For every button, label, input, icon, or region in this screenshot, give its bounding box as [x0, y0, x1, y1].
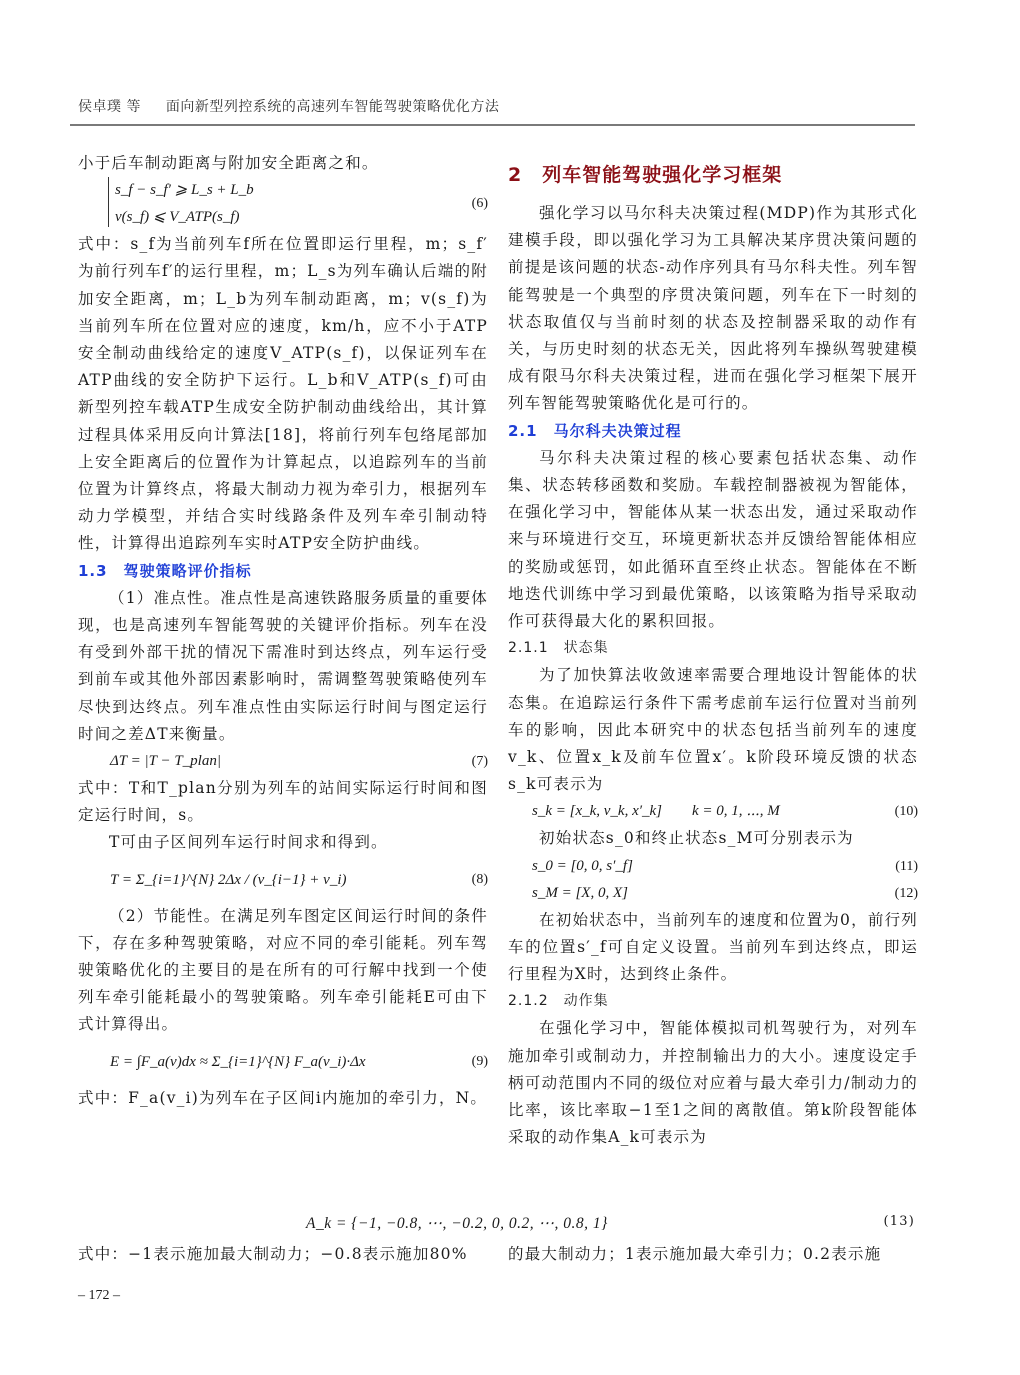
equation-6: s_f − s_f′ ⩾ L_s + L_b v(s_f) ⩽ V_ATP(s_… — [78, 177, 488, 231]
paragraph: （1）准点性。准点性是高速铁路服务质量的重要体现，也是高速列车智能驾驶的关键评价… — [78, 585, 488, 748]
paragraph: T可由子区间列车运行时间求和得到。 — [78, 829, 488, 856]
equation-7: ΔT = |T − T_plan| (7) — [78, 748, 488, 775]
equation-body: T = Σ_{i=1}^{N} 2Δx / (v_{i−1} + v_i) — [78, 872, 346, 888]
subsection-heading-1-3: 1.3 驾驶策略评价指标 — [78, 558, 488, 585]
equation-number: (11) — [895, 853, 918, 880]
equation-8: T = Σ_{i=1}^{N} 2Δx / (v_{i−1} + v_i) (8… — [78, 857, 488, 903]
subsection-heading-2-1: 2.1 马尔科夫决策过程 — [508, 418, 918, 445]
paragraph: 在强化学习中，智能体模拟司机驾驶行为，对列车施加牵引或制动力，并控制输出力的大小… — [508, 1015, 918, 1151]
equation-body: ΔT = |T − T_plan| — [78, 753, 221, 769]
equation-12: s_M = [X, 0, X] (12) — [508, 880, 918, 907]
right-column: 2 列车智能驾驶强化学习框架 强化学习以马尔科夫决策过程(MDP)作为其形式化建… — [508, 160, 918, 1152]
equation-number: (8) — [472, 857, 488, 903]
equation-number: (10) — [895, 798, 918, 825]
header-authors: 侯卓璞 等 — [78, 99, 141, 115]
equation-body: s_M = [X, 0, X] — [508, 885, 628, 901]
equation-number: (7) — [472, 748, 488, 775]
equation-11: s_0 = [0, 0, s′_f] (11) — [508, 853, 918, 880]
header-title: 面向新型列控系统的高速列车智能驾驶策略优化方法 — [166, 99, 500, 115]
paragraph: 马尔科夫决策过程的核心要素包括状态集、动作集、状态转移函数和奖励。车载控制器被视… — [508, 445, 918, 635]
subsubsection-heading-2-1-1: 2.1.1 状态集 — [508, 635, 918, 662]
running-header: 侯卓璞 等 面向新型列控系统的高速列车智能驾驶策略优化方法 — [78, 96, 499, 116]
paragraph: 为了加快算法收敛速率需要合理地设计智能体的状态集。在追踪运行条件下需考虑前车运行… — [508, 662, 918, 798]
equation-body: s_k = [x_k, v_k, x′_k] k = 0, 1, ⋯, M — [508, 803, 780, 819]
left-column: 小于后车制动距离与附加安全距离之和。 s_f − s_f′ ⩾ L_s + L_… — [78, 150, 488, 1112]
paragraph: 式中：T和T_plan分别为列车的站间实际运行时间和图定运行时间，s。 — [78, 775, 488, 829]
header-rule — [70, 124, 915, 126]
paragraph: 强化学习以马尔科夫决策过程(MDP)作为其形式化建模手段，即以强化学习为工具解决… — [508, 200, 918, 418]
paragraph: 小于后车制动距离与附加安全距离之和。 — [78, 150, 488, 177]
paragraph: 在初始状态中，当前列车的速度和位置为0，前行列车的位置s′_f可自定义设置。当前… — [508, 907, 918, 989]
equation-body: A_k = {−1, −0.8, ⋯, −0.2, 0, 0.2, ⋯, 0.8… — [306, 1214, 608, 1233]
paragraph: （2）节能性。在满足列车图定区间运行时间的条件下，存在多种驾驶策略，对应不同的牵… — [78, 903, 488, 1039]
equation-number: (12) — [895, 880, 918, 907]
paragraph-tail-right: 的最大制动力；1表示施加最大牵引力；0.2表示施 — [508, 1242, 881, 1264]
equation-9: E = ∫F_a(v)dx ≈ Σ_{i=1}^{N} F_a(v_i)·Δx … — [78, 1039, 488, 1085]
equation-13: A_k = {−1, −0.8, ⋯, −0.2, 0, 0.2, ⋯, 0.8… — [78, 1214, 923, 1240]
equation-number: (13) — [884, 1214, 916, 1229]
paragraph: 初始状态s_0和终止状态s_M可分别表示为 — [508, 825, 918, 852]
equation-line: v(s_f) ⩽ V_ATP(s_f) — [115, 204, 254, 231]
section-heading-2: 2 列车智能驾驶强化学习框架 — [508, 160, 918, 194]
equation-10: s_k = [x_k, v_k, x′_k] k = 0, 1, ⋯, M (1… — [508, 798, 918, 825]
paragraph: 式中：s_f为当前列车f所在位置即运行里程，m；s_f′为前行列车f′的运行里程… — [78, 231, 488, 557]
subsubsection-heading-2-1-2: 2.1.2 动作集 — [508, 988, 918, 1015]
paragraph-tail-left: 式中：−1表示施加最大制动力；−0.8表示施加80% — [78, 1242, 468, 1264]
paragraph: 式中：F_a(v_i)为列车在子区间i内施加的牵引力，N。 — [78, 1085, 488, 1112]
equation-number: (9) — [472, 1039, 488, 1085]
equation-line: s_f − s_f′ ⩾ L_s + L_b — [115, 177, 254, 204]
equation-body: E = ∫F_a(v)dx ≈ Σ_{i=1}^{N} F_a(v_i)·Δx — [78, 1054, 366, 1070]
page-number: – 172 – — [78, 1288, 120, 1304]
equation-number: (6) — [472, 190, 488, 217]
equation-body: s_0 = [0, 0, s′_f] — [508, 858, 633, 874]
